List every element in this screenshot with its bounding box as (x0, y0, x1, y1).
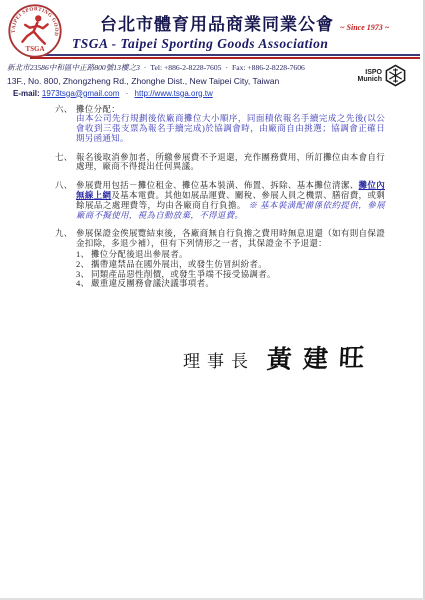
email-link[interactable]: 1973tsga@gmail.com (42, 89, 120, 98)
chairman-title: 理事長 (183, 347, 255, 372)
signature-block: 理事長 黃建旺 (183, 339, 423, 375)
org-title-en: TSGA - Taipei Sporting Goods Association (72, 36, 423, 52)
document-page: TAIPEI SPORTING GOODS ASSOCIATION TSGA 台… (0, 0, 425, 600)
chairman-signature: 黃建旺 (266, 338, 376, 376)
ispo-hexagon-icon (384, 64, 407, 87)
item-6-text: 由本公司先行規劃後依廠商攤位大小順序，同面積依報名手續完成之先後(以公會收到三張… (76, 114, 385, 143)
notice-item-9: 九、 參展保證金俟展覽結束後，各廠商無自行負擔之費用時無息退還（如有則自保證金扣… (55, 229, 385, 289)
item-9-intro: 參展保證金俟展覽結束後，各廠商無自行負擔之費用時無息退還（如有則自保證金扣除，多… (76, 229, 385, 249)
website-link[interactable]: http://www.tsga.org.tw (135, 89, 213, 98)
email-label: E-mail: (13, 89, 40, 98)
item-8-text: 參展費用包括－攤位租金、攤位基本裝潢、佈置、拆除、基本攤位清潔、攤位內無線上網及… (76, 181, 385, 220)
notice-item-7: 七、 報名後取消參加者，所繳參展費不予退還，充作團務費用，所訂攤位由本會自行處理… (55, 153, 385, 173)
header-divider (30, 54, 420, 59)
item-number: 八、 (55, 181, 76, 220)
ispo-munich-logo: ISPO Munich (358, 64, 408, 87)
item-number: 七、 (55, 153, 76, 173)
notice-item-6: 六、 攤位分配： 由本公司先行規劃後依廠商攤位大小順序，同面積依報名手續完成之先… (55, 105, 385, 144)
item-number: 九、 (55, 229, 76, 289)
org-title-zh: 台北市體育用品商業同業公會 (100, 10, 334, 35)
notice-body: 六、 攤位分配： 由本公司先行規劃後依廠商攤位大小順序，同面積依報名手續完成之先… (0, 105, 423, 290)
contact-row: E-mail: 1973tsga@gmail.com · http://www.… (13, 89, 423, 98)
list-item: 4、嚴重違反團務會議決議事項者。 (76, 279, 385, 289)
notice-item-8: 八、 參展費用包括－攤位租金、攤位基本裝潢、佈置、拆除、基本攤位清潔、攤位內無線… (55, 181, 385, 220)
item-number: 六、 (55, 105, 76, 144)
item-9-sublist: 1、攤位分配後退出參展者。 2、攜帶違禁品在國外展出，或發生仿冒糾紛者。 3、同… (76, 250, 385, 289)
tsga-logo-icon: TAIPEI SPORTING GOODS ASSOCIATION TSGA (7, 3, 63, 59)
svg-text:TSGA: TSGA (25, 45, 44, 53)
item-7-text: 報名後取消參加者，所繳參展費不予退還，充作團務費用，所訂攤位由本會自行處理，廠商… (76, 153, 385, 173)
since-badge: ~ Since 1973 ~ (340, 23, 389, 32)
